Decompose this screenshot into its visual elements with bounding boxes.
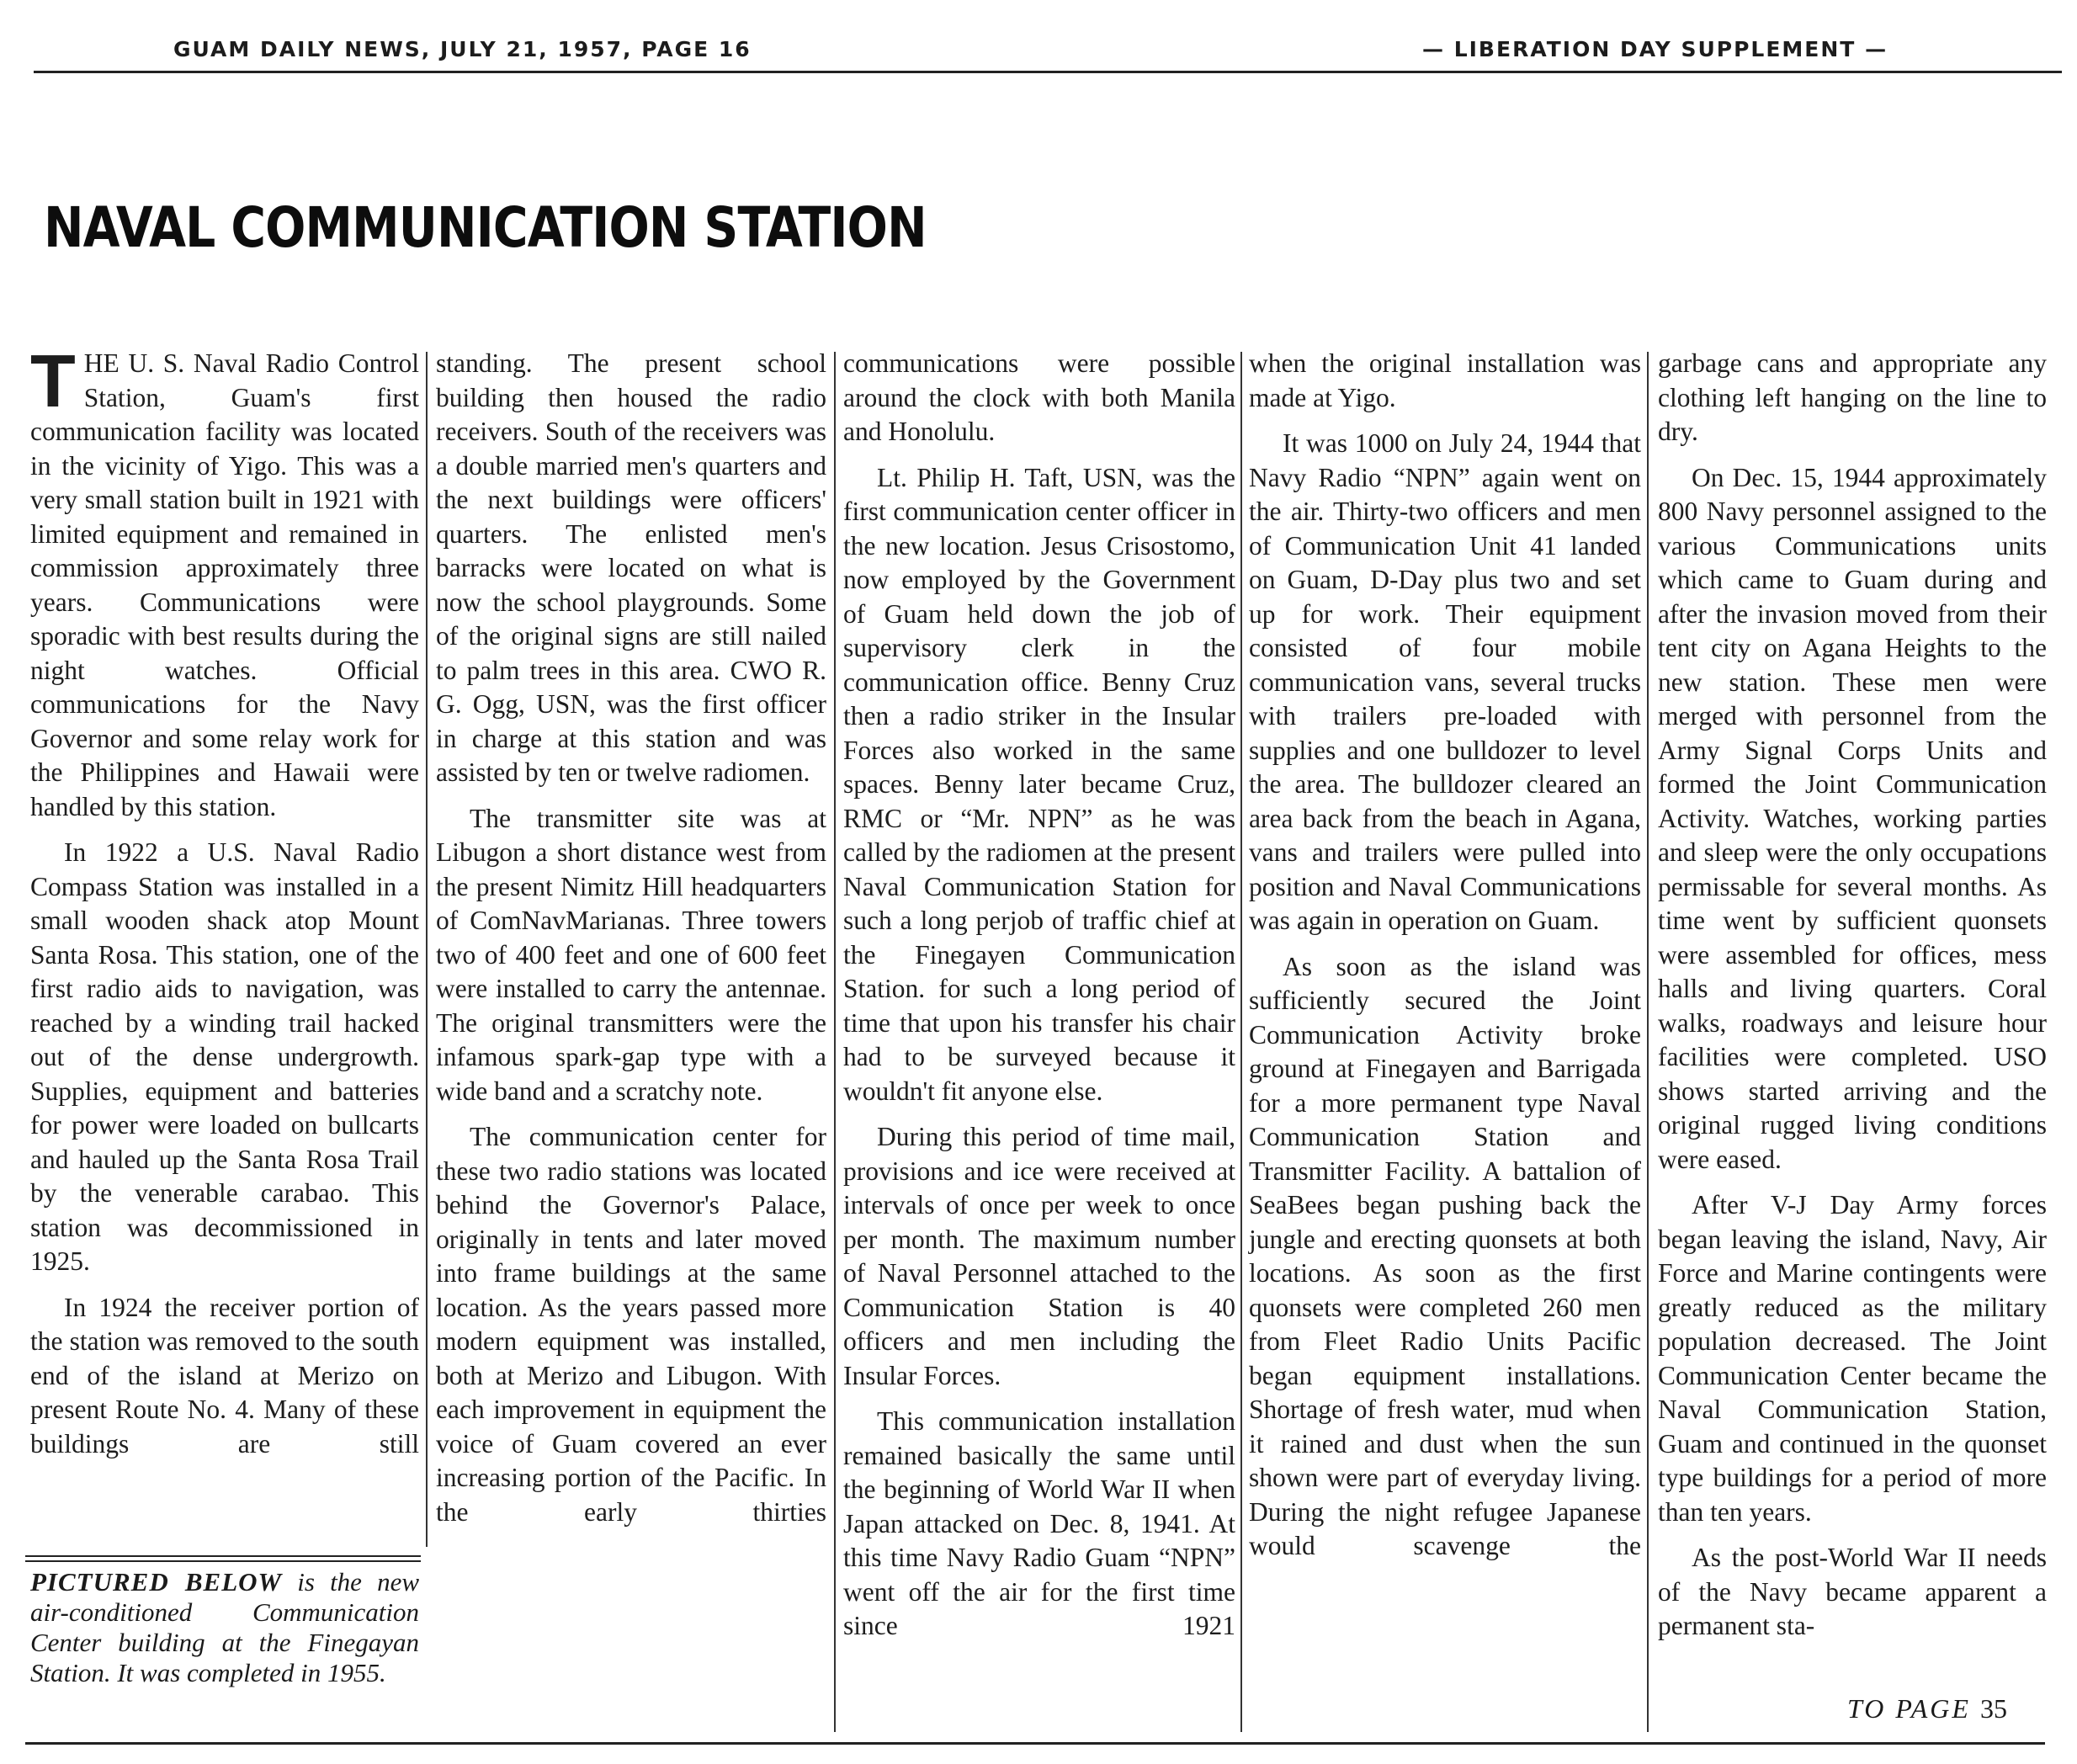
article-column-2: standing. The present school building th… xyxy=(436,347,826,1541)
paragraph: communications were possible around the … xyxy=(843,347,1235,449)
continuation-link[interactable]: TO PAGE 35 xyxy=(1847,1693,2007,1724)
photo-caption: PICTURED BELOW is the new air-conditione… xyxy=(30,1567,419,1688)
drop-cap: T xyxy=(30,352,76,411)
header-left: GUAM DAILY NEWS, JULY 21, 1957, PAGE 16 xyxy=(173,37,752,61)
footer-rule xyxy=(25,1742,2045,1745)
paragraph: On Dec. 15, 1944 approximately 800 Navy … xyxy=(1658,461,2047,1177)
paragraph: During this period of time mail, provisi… xyxy=(843,1120,1235,1393)
paragraph: As the post-World War II needs of the Na… xyxy=(1658,1541,2047,1644)
paragraph: standing. The present school building th… xyxy=(436,347,826,790)
continuation-page: 35 xyxy=(1980,1693,2007,1724)
article-column-1: THE U. S. Naval Radio Control Station, G… xyxy=(30,347,419,1473)
paragraph: Lt. Philip H. Taft, USN, was the first c… xyxy=(843,461,1235,1109)
continuation-label: TO PAGE xyxy=(1847,1693,1971,1724)
caption-rule xyxy=(25,1555,421,1557)
paragraph: This communication installation remained… xyxy=(843,1405,1235,1644)
column-divider xyxy=(426,352,428,1547)
article-column-5: garbage cans and appropriate any clothin… xyxy=(1658,347,2047,1655)
column-divider xyxy=(1647,352,1649,1732)
column-divider xyxy=(1240,352,1242,1732)
article-column-3: communications were possible around the … xyxy=(843,347,1235,1655)
paragraph: when the original installation was made … xyxy=(1249,347,1641,415)
header-rule xyxy=(34,71,2062,73)
article-column-4: when the original installation was made … xyxy=(1249,347,1641,1575)
header-right: — LIBERATION DAY SUPPLEMENT — xyxy=(1422,37,1888,61)
paragraph: The communication center for these two r… xyxy=(436,1120,826,1529)
paragraph: It was 1000 on July 24, 1944 that Navy R… xyxy=(1249,427,1641,938)
article-title: NAVAL COMMUNICATION STATION xyxy=(44,195,927,260)
paragraph: The transmitter site was at Libugon a sh… xyxy=(436,802,826,1109)
caption-lead: PICTURED BELOW xyxy=(30,1567,282,1597)
paragraph: THE U. S. Naval Radio Control Station, G… xyxy=(30,347,419,824)
paragraph: As soon as the island was sufficiently s… xyxy=(1249,950,1641,1564)
column-divider xyxy=(834,352,836,1732)
caption-rule xyxy=(25,1560,421,1562)
paragraph: In 1924 the receiver portion of the stat… xyxy=(30,1291,419,1462)
paragraph: garbage cans and appropriate any clothin… xyxy=(1658,347,2047,449)
paragraph: In 1922 a U.S. Naval Radio Compass Stati… xyxy=(30,836,419,1279)
paragraph: After V-J Day Army forces began leaving … xyxy=(1658,1188,2047,1529)
